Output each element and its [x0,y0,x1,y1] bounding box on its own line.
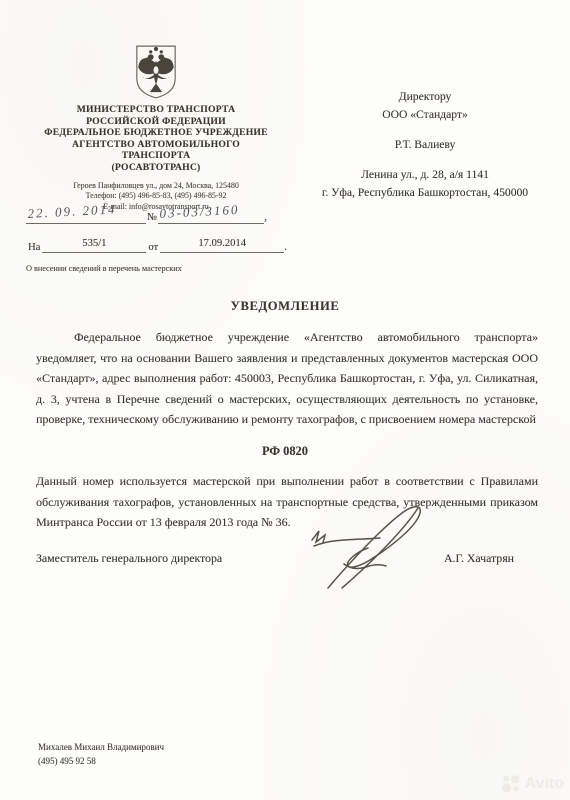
outgoing-date-field: 22. 09. 2014 [26,201,146,224]
agency-short-name: (РОСАВТОТРАНС) [30,162,282,174]
letterhead: МИНИСТЕРСТВО ТРАНСПОРТА РОССИЙСКОЙ ФЕДЕР… [30,44,282,212]
signer-position-title: Заместитель генерального директора [36,551,222,566]
ref-prefix: На [26,242,42,253]
addressee-position: Директору [295,88,555,106]
watermark: Avito [501,774,564,794]
executor-phone: (495) 495 92 58 [38,755,164,769]
ref-trailing-dot: . [284,242,287,253]
executor-block: Михалев Михаил Владимирович (495) 495 92… [38,741,164,768]
letter-subject: О внесении сведений в перечень мастерски… [26,264,182,273]
letterhead-address: Героев Панфиловцев ул., дом 24, Москва, … [30,181,282,192]
ref-from-word: от [146,242,160,253]
ministry-name-line: РОССИЙСКОЙ ФЕДЕРАЦИИ [30,116,282,128]
letter-title: УВЕДОМЛЕНИЕ [0,299,570,314]
addressee-city: г. Уфа, Республика Башкортостан, 450000 [295,184,555,202]
ministry-name-line: МИНИСТЕРСТВО ТРАНСПОРТА [30,104,282,116]
reference-line: На535/1от17.09.2014. [26,238,286,253]
agency-name-line: ФЕДЕРАЛЬНОЕ БЮДЖЕТНОЕ УЧРЕЖДЕНИЕ [30,127,282,139]
executor-name: Михалев Михаил Владимирович [38,741,164,755]
coat-of-arms-icon [133,44,179,100]
number-sign: № [146,212,158,223]
watermark-text: Avito [525,775,564,793]
signer-name: А.Г. Хачатрян [444,551,514,566]
workshop-number: РФ 0820 [0,444,570,459]
addressee-block: Директору ООО «Стандарт» Р.Т. Валиеву Ле… [295,88,555,202]
agency-name-line: АГЕНТСТВО АВТОМОБИЛЬНОГО [30,139,282,151]
addressee-street: Ленина ул., д. 28, а/я 1141 [295,166,555,184]
ref-date: 17.09.2014 [160,238,284,253]
agency-name-line: ТРАНСПОРТА [30,150,282,162]
addressee-company: ООО «Стандарт» [295,106,555,124]
signature-icon [300,500,448,595]
avito-logo-icon [501,774,521,794]
outgoing-number-field: 03-03/3160 [158,201,264,224]
outgoing-number-handwritten: 03-03/3160 [159,202,240,222]
addressee-name: Р.Т. Валиеву [295,136,555,154]
outgoing-ref-line: 22. 09. 2014№03-03/3160, [26,201,278,231]
outgoing-date-handwritten: 22. 09. 2014 [27,201,117,222]
handwritten-comma: , [264,209,267,223]
ref-number: 535/1 [42,238,146,253]
body-paragraph-1: Федеральное бюджетное учреждение «Агентс… [36,327,538,430]
scanned-letter-page: МИНИСТЕРСТВО ТРАНСПОРТА РОССИЙСКОЙ ФЕДЕР… [0,0,570,800]
body-paragraph-2: Данный номер используется мастерской при… [36,471,538,533]
